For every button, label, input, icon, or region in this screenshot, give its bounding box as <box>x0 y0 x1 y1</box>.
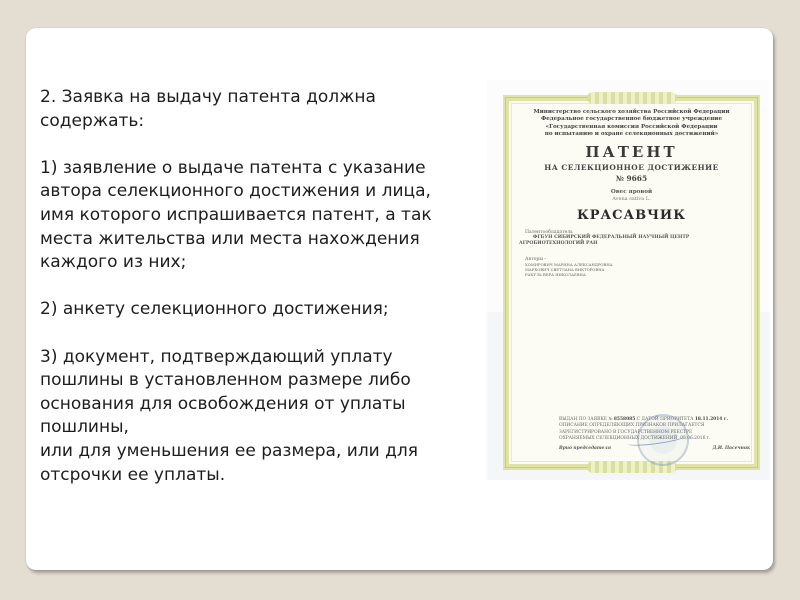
certificate-ministry: Министерство сельского хозяйства Российс… <box>519 109 744 139</box>
certificate-content: Министерство сельского хозяйства Российс… <box>519 109 744 456</box>
application-number: 8558085 <box>614 417 635 422</box>
patent-certificate-image: Министерство сельского хозяйства Российс… <box>487 80 770 480</box>
chair-label: Врио председателя <box>559 446 611 452</box>
certificate-title: ПАТЕНТ <box>519 143 744 161</box>
registry-date: 05.06.2016 г. <box>680 436 710 441</box>
certificate-authors: ХОМИРОВИЧ МАРИНА АЛЕКСАНДРОВНА МАРКОВИЧ … <box>525 262 744 277</box>
paragraph-item-1: 1) заявление о выдаче патента с указание… <box>40 157 492 275</box>
certificate-footer: ВЫДАН ПО ЗАЯВКЕ № 8558085 С ДАТОЙ ПРИОРИ… <box>559 417 750 452</box>
certificate-crop: Овес яровой <box>519 189 744 195</box>
paragraph-intro: 2. Заявка на выдачу патента должна содер… <box>40 86 492 133</box>
ornament-top <box>587 92 677 104</box>
chair-name: Д.И. Пасечник <box>712 446 750 452</box>
certificate-frame: Министерство сельского хозяйства Российс… <box>503 95 760 470</box>
certificate-variety: КРАСАВЧИК <box>519 208 744 223</box>
certificate-latin-name: Avena sativa L. <box>519 196 744 202</box>
paragraph-item-2: 2) анкету селекционного достижения; <box>40 298 492 322</box>
paragraph-item-3: 3) документ, подтверждающий уплату пошли… <box>40 346 492 488</box>
priority-date: 18.11.2014 г. <box>695 417 728 422</box>
certificate-number: № 9665 <box>519 174 744 183</box>
certificate-holder: ФГБУН СИБИРСКИЙ ФЕДЕРАЛЬНЫЙ НАУЧНЫЙ ЦЕНТ… <box>519 235 744 247</box>
certificate-subtitle: НА СЕЛЕКЦИОННОЕ ДОСТИЖЕНИЕ <box>519 163 744 172</box>
slide-body-text: 2. Заявка на выдачу патента должна содер… <box>40 86 492 487</box>
